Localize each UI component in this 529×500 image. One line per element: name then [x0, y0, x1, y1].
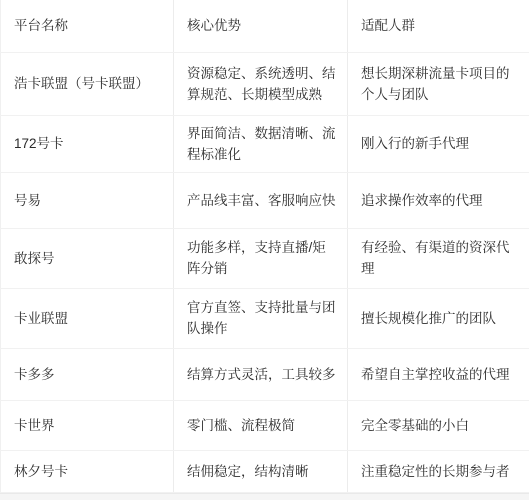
comparison-table: 平台名称 核心优势 适配人群 浩卡联盟（号卡联盟） 资源稳定、系统透明、结算规范… [0, 0, 529, 493]
core-advantage-cell: 零门槛、流程极简 [174, 400, 348, 450]
audience-cell: 有经验、有渠道的资深代理 [348, 228, 529, 288]
core-advantage-cell: 结佣稳定，结构清晰 [174, 450, 348, 492]
core-advantage-cell: 界面简洁、数据清晰、流程标准化 [174, 115, 348, 172]
header-platform: 平台名称 [1, 0, 174, 52]
header-advantage: 核心优势 [174, 0, 348, 52]
audience-cell: 完全零基础的小白 [348, 400, 529, 450]
platform-name-cell: 卡世界 [1, 400, 174, 450]
platform-name-cell: 浩卡联盟（号卡联盟） [1, 52, 174, 115]
platform-name-cell: 林夕号卡 [1, 450, 174, 492]
audience-cell: 想长期深耕流量卡项目的个人与团队 [348, 52, 529, 115]
platform-name-cell: 卡业联盟 [1, 288, 174, 348]
platform-name-cell: 敢探号 [1, 228, 174, 288]
core-advantage-cell: 产品线丰富、客服响应快 [174, 172, 348, 228]
table-row: 号易 产品线丰富、客服响应快 追求操作效率的代理 [1, 172, 529, 228]
table-body: 浩卡联盟（号卡联盟） 资源稳定、系统透明、结算规范、长期模型成熟 想长期深耕流量… [1, 52, 529, 492]
table-bottom-edge [0, 493, 529, 500]
audience-cell: 注重稳定性的长期参与者 [348, 450, 529, 492]
core-advantage-cell: 结算方式灵活，工具较多 [174, 348, 348, 400]
audience-cell: 刚入行的新手代理 [348, 115, 529, 172]
core-advantage-cell: 官方直签、支持批量与团队操作 [174, 288, 348, 348]
platform-name-cell: 卡多多 [1, 348, 174, 400]
audience-cell: 追求操作效率的代理 [348, 172, 529, 228]
table-row: 卡多多 结算方式灵活，工具较多 希望自主掌控收益的代理 [1, 348, 529, 400]
table-row: 林夕号卡 结佣稳定，结构清晰 注重稳定性的长期参与者 [1, 450, 529, 492]
audience-cell: 擅长规模化推广的团队 [348, 288, 529, 348]
table-row: 172号卡 界面简洁、数据清晰、流程标准化 刚入行的新手代理 [1, 115, 529, 172]
table-row: 敢探号 功能多样，支持直播/矩阵分销 有经验、有渠道的资深代理 [1, 228, 529, 288]
table-header: 平台名称 核心优势 适配人群 [1, 0, 529, 52]
audience-cell: 希望自主掌控收益的代理 [348, 348, 529, 400]
table-row: 卡世界 零门槛、流程极简 完全零基础的小白 [1, 400, 529, 450]
platform-name-cell: 号易 [1, 172, 174, 228]
table-row: 卡业联盟 官方直签、支持批量与团队操作 擅长规模化推广的团队 [1, 288, 529, 348]
table-row: 浩卡联盟（号卡联盟） 资源稳定、系统透明、结算规范、长期模型成熟 想长期深耕流量… [1, 52, 529, 115]
platform-name-cell: 172号卡 [1, 115, 174, 172]
page: 平台名称 核心优势 适配人群 浩卡联盟（号卡联盟） 资源稳定、系统透明、结算规范… [0, 0, 529, 500]
core-advantage-cell: 功能多样，支持直播/矩阵分销 [174, 228, 348, 288]
core-advantage-cell: 资源稳定、系统透明、结算规范、长期模型成熟 [174, 52, 348, 115]
header-audience: 适配人群 [348, 0, 529, 52]
table-header-row: 平台名称 核心优势 适配人群 [1, 0, 529, 52]
